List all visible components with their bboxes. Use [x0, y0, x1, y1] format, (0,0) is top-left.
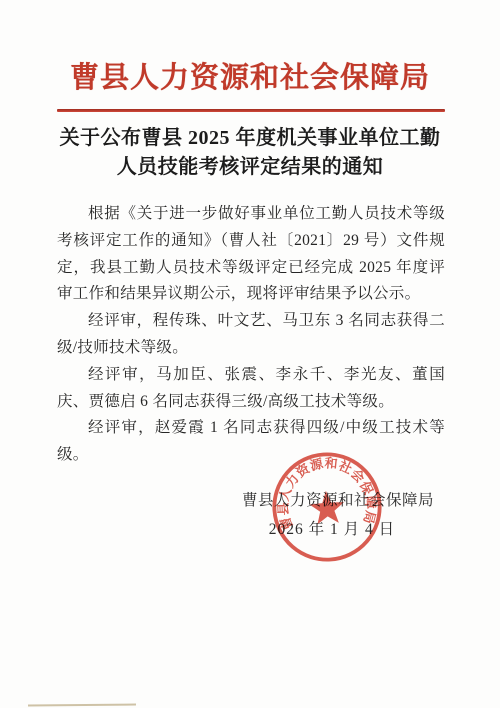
paragraph-level2-results: 经评审，程传珠、叶文艺、马卫东 3 名同志获得二级/技师技术等级。 — [57, 308, 445, 362]
document-body: 根据《关于进一步做好事业单位工勤人员技术等级考核评定工作的通知》（曹人社〔202… — [57, 201, 445, 469]
paragraph-level3-results: 经评审，马加臣、张震、李永千、李光友、董国庆、贾德启 6 名同志获得三级/高级工… — [57, 362, 445, 416]
document-title: 关于公布曹县 2025 年度机关事业单位工勤 人员技能考核评定结果的通知 — [20, 124, 480, 182]
official-seal: 曹县人力资源和社会保障局 — [255, 435, 398, 578]
document-title-line1: 关于公布曹县 2025 年度机关事业单位工勤 — [60, 127, 441, 149]
document-title-line2: 人员技能考核评定结果的通知 — [117, 156, 384, 178]
red-star-icon — [309, 490, 346, 525]
issuer-header: 曹县人力资源和社会保障局 — [0, 60, 500, 96]
scan-artifact — [28, 704, 136, 707]
paragraph-basis: 根据《关于进一步做好事业单位工勤人员技术等级考核评定工作的通知》（曹人社〔202… — [57, 201, 445, 308]
scanned-official-document: 曹县人力资源和社会保障局 关于公布曹县 2025 年度机关事业单位工勤 人员技能… — [0, 0, 500, 708]
header-divider-rule — [57, 109, 445, 112]
